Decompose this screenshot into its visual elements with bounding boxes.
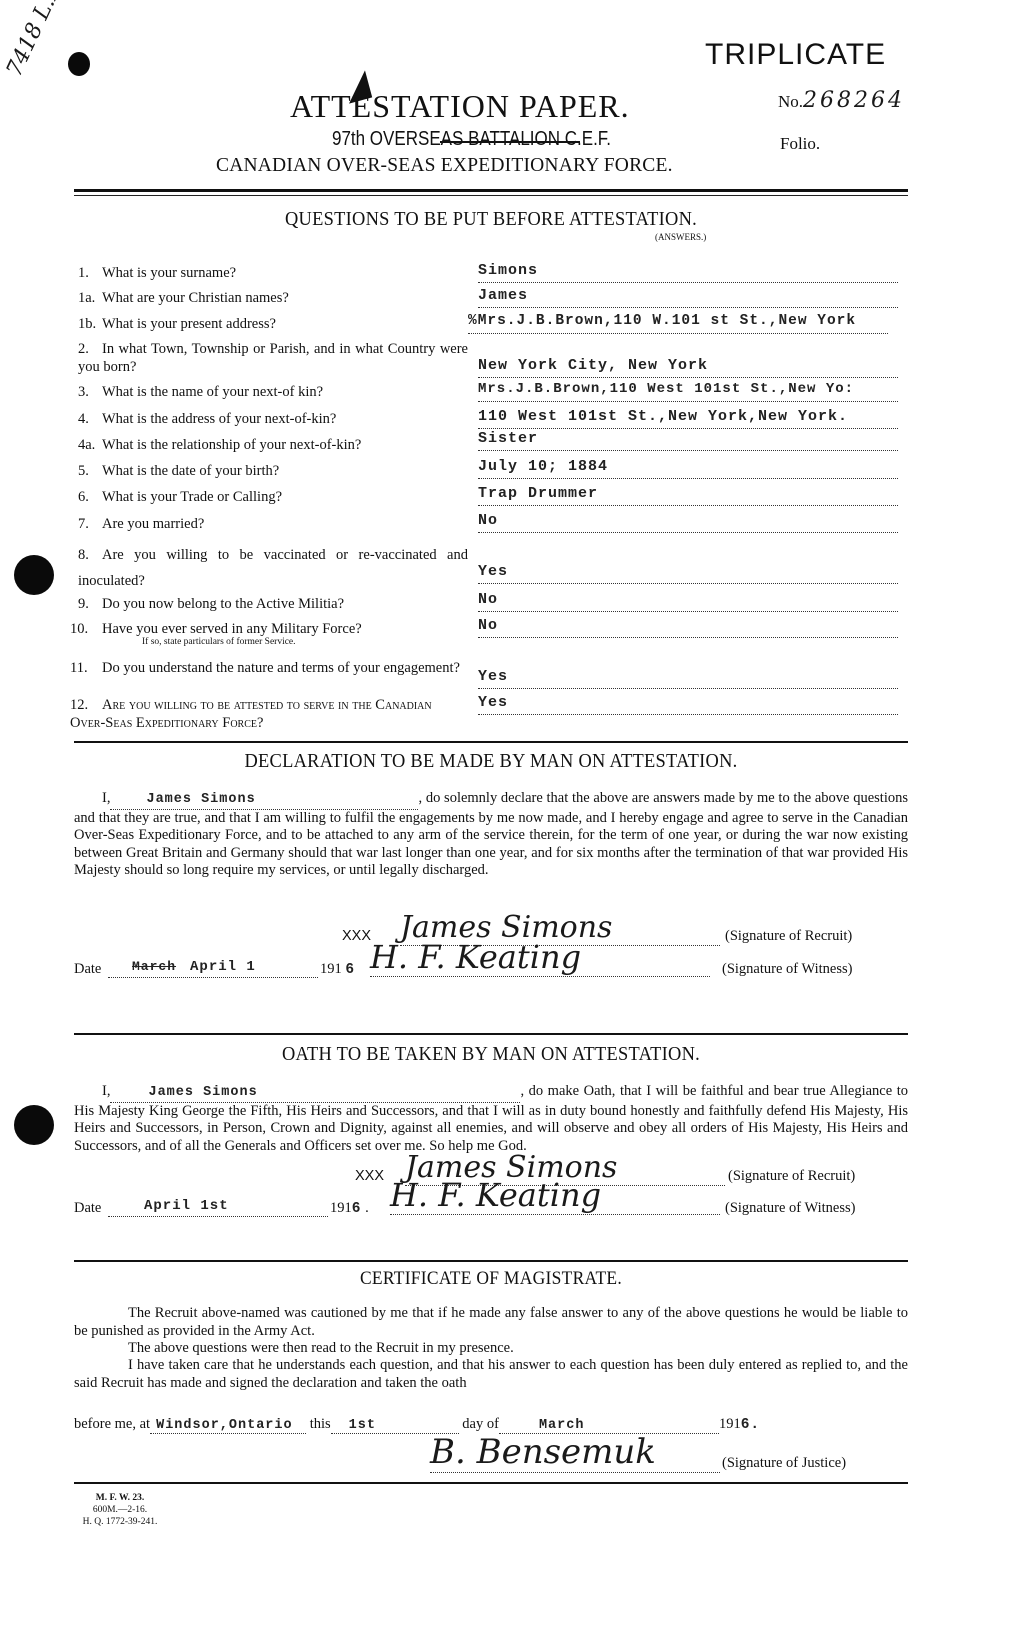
- copy-label: TRIPLICATE: [705, 38, 886, 72]
- declaration-witness-signature[interactable]: H. F. Keating: [370, 938, 710, 977]
- answers-label: (ANSWERS.): [655, 232, 706, 242]
- certificate-para-1: The Recruit above-named was cautioned by…: [74, 1305, 908, 1340]
- question-7: 7.Are you married?: [78, 515, 468, 533]
- oath-witness-signature[interactable]: H. F. Keating: [390, 1176, 720, 1215]
- question-4: 4.What is the address of your next-of-ki…: [78, 410, 468, 428]
- question-1b: 1b.What is your present address?: [78, 315, 468, 333]
- oath-date-field[interactable]: April 1st: [108, 1196, 328, 1217]
- certificate-bottom-rule: [74, 1482, 908, 1484]
- answer-birth-date[interactable]: July 10; 1884: [478, 458, 898, 479]
- declaration-bottom-rule: [74, 1033, 908, 1035]
- question-1: 1.What is your surname?: [78, 264, 468, 282]
- answer-married[interactable]: No: [478, 512, 898, 533]
- oath-bottom-rule: [74, 1260, 908, 1262]
- declaration-year: 191 6: [320, 961, 355, 978]
- answer-relationship[interactable]: Sister: [478, 430, 898, 451]
- declaration-witness-sig-label: (Signature of Witness): [722, 961, 852, 978]
- oath-heading: OATH TO BE TAKEN BY MAN ON ATTESTATION.: [107, 1043, 874, 1066]
- form-code-line-2: 600M.—2-16.: [80, 1504, 160, 1516]
- question-5: 5.What is the date of your birth?: [78, 462, 468, 480]
- battalion-heading: 97th OVERSEAS BATTALION C.E.F.: [332, 128, 611, 151]
- margin-handwriting: 7418 L.M.: [2, 0, 73, 81]
- answer-understand-terms[interactable]: Yes: [478, 668, 898, 689]
- answer-willing-attest[interactable]: Yes: [478, 694, 898, 715]
- oath-date-label: Date: [74, 1200, 101, 1217]
- declaration-date-label: Date: [74, 961, 101, 978]
- question-10: 10.Have you ever served in any Military …: [70, 620, 460, 638]
- document-title: ATTESTATION PAPER.: [290, 88, 630, 125]
- answer-christian-names[interactable]: James: [478, 287, 898, 308]
- certificate-place-field[interactable]: Windsor,Ontario: [150, 1418, 306, 1434]
- answer-surname[interactable]: Simons: [478, 262, 898, 283]
- declaration-text: I,James Simons, do solemnly declare that…: [74, 790, 908, 880]
- force-heading: CANADIAN OVER-SEAS EXPEDITIONARY FORCE.: [216, 155, 673, 177]
- declaration-date-struck: March: [132, 959, 176, 974]
- question-2: 2.In what Town, Township or Parish, and …: [78, 340, 468, 376]
- header-rule-thin: [74, 195, 908, 196]
- question-11: 11.Do you understand the nature and term…: [70, 659, 468, 677]
- answer-vaccinated[interactable]: Yes: [478, 563, 898, 584]
- oath-date-value: April 1st: [144, 1198, 229, 1214]
- question-8: 8.Are you willing to be vaccinated or re…: [78, 542, 468, 594]
- question-10-sub: If so, state particulars of former Servi…: [142, 637, 296, 647]
- answer-trade[interactable]: Trap Drummer: [478, 485, 898, 506]
- declaration-mark: XXX: [342, 928, 371, 944]
- question-6: 6.What is your Trade or Calling?: [78, 488, 468, 506]
- question-1a: 1a.What are your Christian names?: [78, 289, 468, 307]
- declaration-heading: DECLARATION TO BE MADE BY MAN ON ATTESTA…: [107, 750, 874, 773]
- oath-name-field[interactable]: James Simons: [110, 1084, 520, 1103]
- justice-sig-label: (Signature of Justice): [722, 1455, 846, 1472]
- binder-hole-bottom: [14, 1105, 54, 1145]
- ink-blot: [68, 52, 90, 76]
- answer-present-address[interactable]: %Mrs.J.B.Brown,110 W.101 st St.,New York: [468, 313, 888, 334]
- oath-recruit-sig-label: (Signature of Recruit): [728, 1168, 855, 1185]
- oath-witness-sig-label: (Signature of Witness): [725, 1200, 855, 1217]
- questions-heading: QUESTIONS TO BE PUT BEFORE ATTESTATION.: [107, 208, 874, 231]
- number-value: 268264: [803, 88, 905, 113]
- questions-bottom-rule: [74, 741, 908, 743]
- binder-hole-top: [14, 555, 54, 595]
- declaration-date-value: April 1: [190, 959, 256, 975]
- number-label: No.: [778, 92, 803, 111]
- certificate-para-2: The above questions were then read to th…: [74, 1340, 908, 1358]
- question-9: 9.Do you now belong to the Active Militi…: [78, 595, 468, 613]
- oath-mark: XXX: [355, 1168, 384, 1184]
- question-12: 12.Are you willing to be attested to ser…: [70, 696, 468, 732]
- answer-next-of-kin-name[interactable]: Mrs.J.B.Brown,110 West 101st St.,New Yo:: [478, 381, 898, 402]
- answer-next-of-kin-address[interactable]: 110 West 101st St.,New York,New York.: [478, 408, 898, 429]
- document-number: No.268264: [778, 88, 905, 113]
- form-code-line-3: H. Q. 1772-39-241.: [80, 1516, 160, 1528]
- certificate-heading: CERTIFICATE OF MAGISTRATE.: [107, 1268, 874, 1290]
- oath-text: I,James Simons, do make Oath, that I wil…: [74, 1083, 908, 1155]
- oath-year: 1916 .: [330, 1200, 369, 1217]
- folio-label: Folio.: [780, 134, 820, 154]
- answer-military-force[interactable]: No: [478, 617, 898, 638]
- declaration-recruit-sig-label: (Signature of Recruit): [725, 928, 852, 945]
- form-code: M. F. W. 23. 600M.—2-16. H. Q. 1772-39-2…: [80, 1492, 160, 1528]
- header-rule: [74, 189, 908, 192]
- declaration-date-field[interactable]: March April 1: [108, 957, 318, 978]
- justice-signature[interactable]: B. Bensemuk: [430, 1432, 720, 1473]
- form-code-line-1: M. F. W. 23.: [80, 1492, 160, 1504]
- answer-active-militia[interactable]: No: [478, 591, 898, 612]
- question-3: 3.What is the name of your next-of kin?: [78, 383, 468, 401]
- declaration-name-field[interactable]: James Simons: [110, 791, 418, 810]
- question-4a: 4a.What is the relationship of your next…: [78, 436, 468, 454]
- certificate-para-3: I have taken care that he understands ea…: [74, 1357, 908, 1392]
- answer-birthplace[interactable]: New York City, New York: [478, 357, 898, 378]
- battalion-strike: [440, 141, 580, 143]
